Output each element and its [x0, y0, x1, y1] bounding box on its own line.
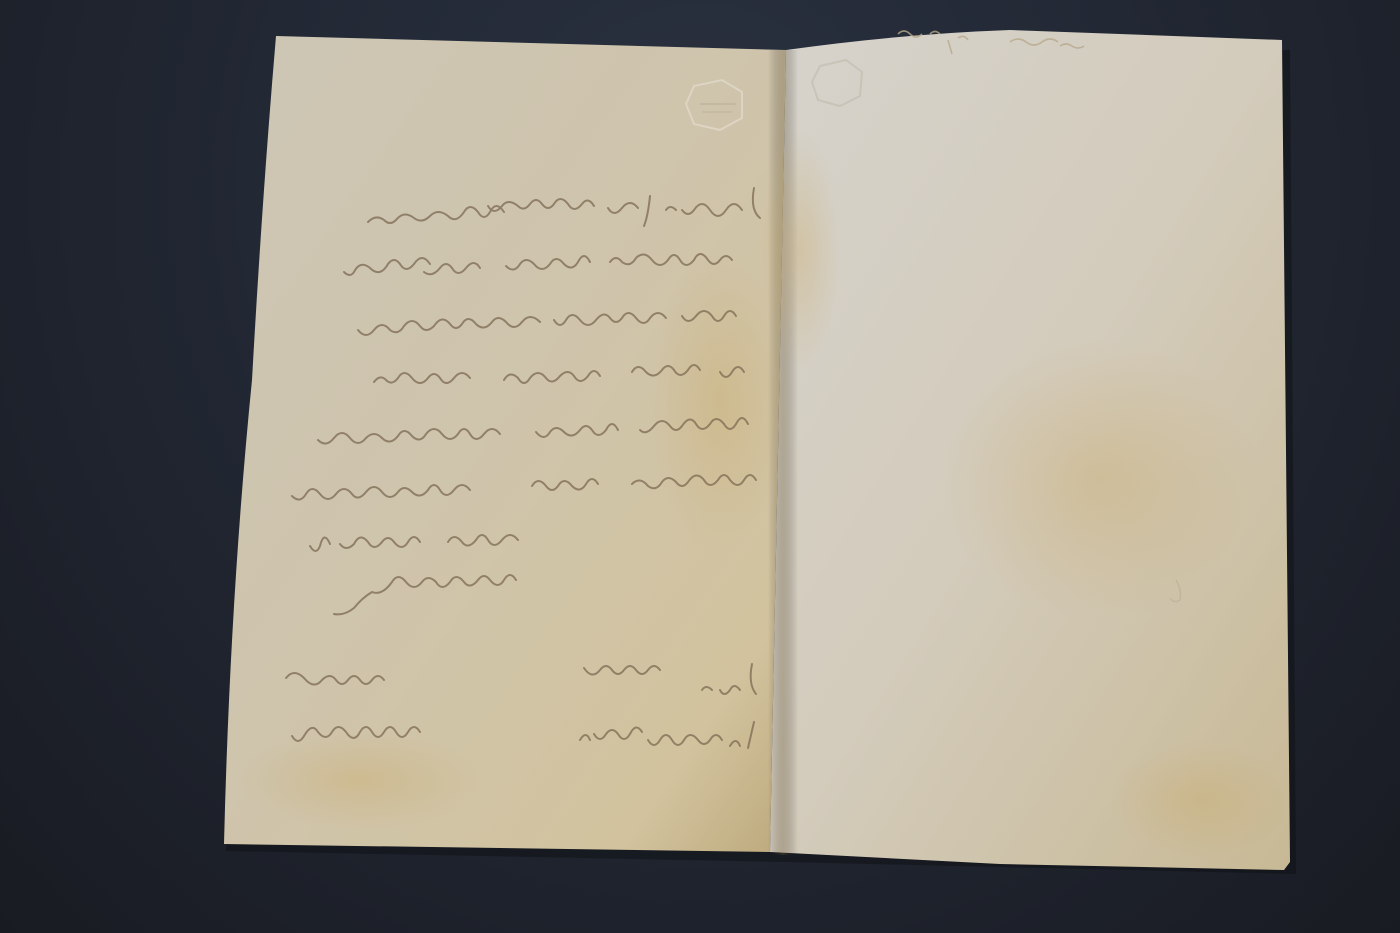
- photo-scene: [0, 0, 1400, 933]
- open-letter: [0, 0, 1400, 933]
